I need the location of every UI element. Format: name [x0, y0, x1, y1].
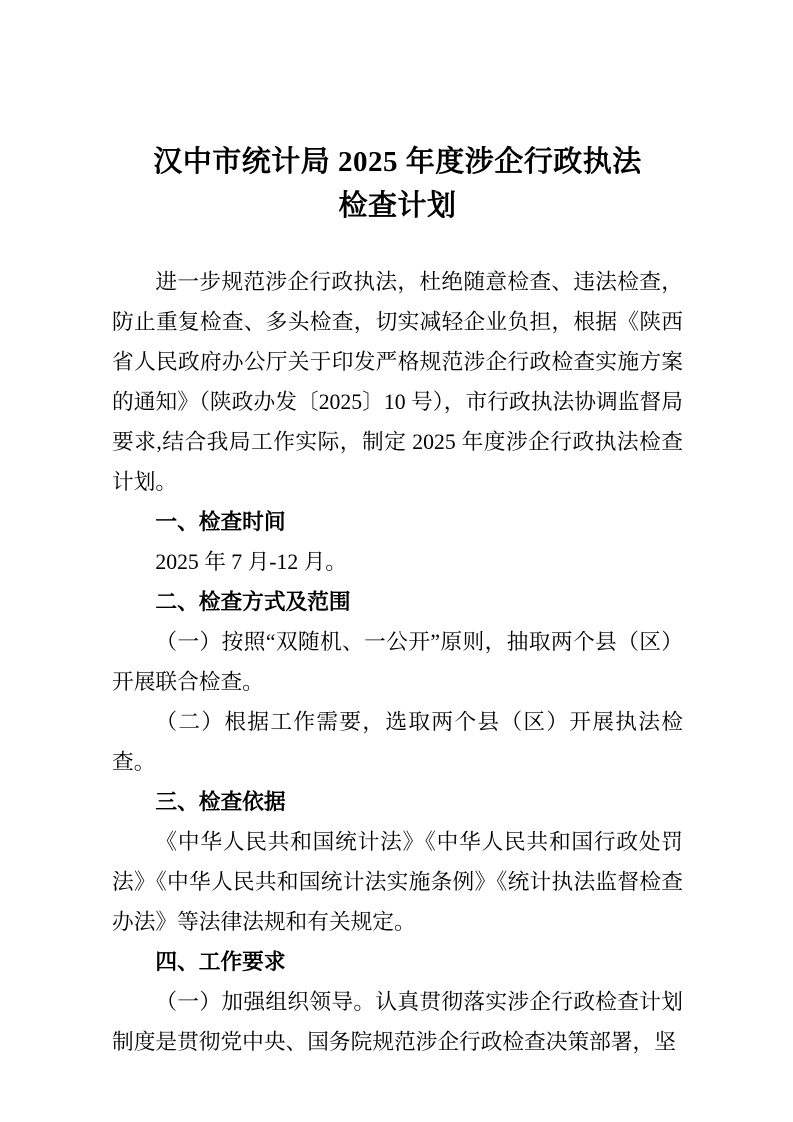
document-page: 汉中市统计局 2025 年度涉企行政执法 检查计划 进一步规范涉企行政执法，杜绝… — [0, 0, 793, 1122]
section-heading-3-basis: 三、检查依据 — [112, 782, 683, 822]
requirement-item-1-paragraph: （一）加强组织领导。认真贯彻落实涉企行政检查计划制度是贯彻党中央、国务院规范涉企… — [112, 982, 683, 1062]
document-title-line-2: 检查计划 — [338, 190, 456, 222]
method-item-2-paragraph: （二）根据工作需要，选取两个县（区）开展执法检查。 — [112, 702, 683, 782]
section-heading-1-time: 一、检查时间 — [112, 502, 683, 542]
document-content: 汉中市统计局 2025 年度涉企行政执法 检查计划 进一步规范涉企行政执法，杜绝… — [112, 140, 683, 1062]
document-title: 汉中市统计局 2025 年度涉企行政执法 检查计划 — [112, 140, 683, 228]
method-item-1-paragraph: （一）按照“双随机、一公开”原则，抽取两个县（区）开展联合检查。 — [112, 622, 683, 702]
intro-paragraph: 进一步规范涉企行政执法，杜绝随意检查、违法检查，防止重复检查、多头检查，切实减轻… — [112, 262, 683, 502]
inspection-time-paragraph: 2025 年 7 月-12 月。 — [112, 542, 683, 582]
section-heading-2-method-scope: 二、检查方式及范围 — [112, 582, 683, 622]
legal-basis-paragraph: 《中华人民共和国统计法》《中华人民共和国行政处罚法》《中华人民共和国统计法实施条… — [112, 822, 683, 942]
section-heading-4-requirements: 四、工作要求 — [112, 942, 683, 982]
document-title-line-1: 汉中市统计局 2025 年度涉企行政执法 — [153, 146, 642, 178]
